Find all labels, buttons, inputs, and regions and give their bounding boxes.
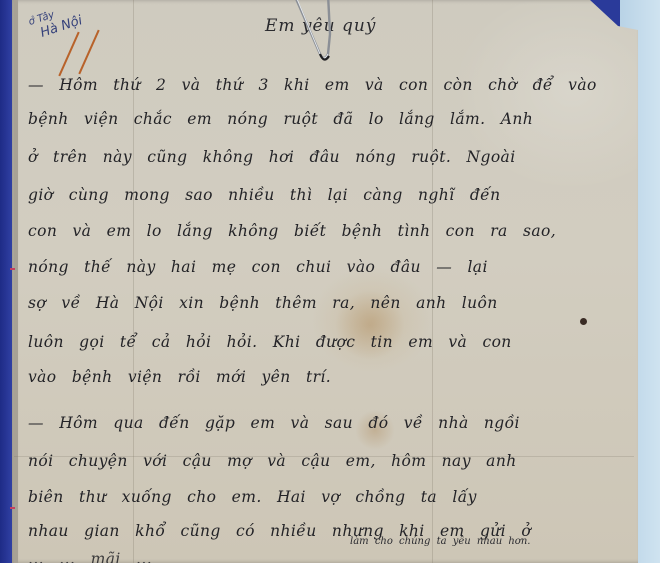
letter-line: con và em lo lắng không biết bệnh tình c…	[28, 222, 638, 240]
margin-mark	[10, 268, 15, 270]
letter-line: bệnh viện chắc em nóng ruột đã lo lắng l…	[28, 110, 638, 128]
background-left-blue	[0, 0, 14, 563]
letter-line: vào bệnh viện rồi mới yên trí.	[28, 368, 638, 386]
letter-line: giờ cùng mong sao nhiều thì lại càng ngh…	[28, 186, 638, 204]
letter-line: nóng thế này hai mẹ con chui vào đâu — l…	[28, 258, 638, 276]
letter-line-cut-off: ... ... mãi ...	[28, 550, 638, 563]
letter-line: biên thư xuống cho em. Hai vợ chồng ta l…	[28, 488, 638, 506]
letter-line: luôn gọi tể cả hỏi hỏi. Khi được tin em …	[28, 333, 638, 351]
paperclip-icon	[290, 0, 336, 66]
letter-line: nhau gian khổ cũng có nhiều nhưng khi em…	[28, 522, 638, 540]
letter-line: sợ về Hà Nội xin bệnh thêm ra, nên anh l…	[28, 294, 638, 312]
letter-line: nói chuyện với cậu mợ và cậu em, hôm nay…	[28, 452, 638, 470]
interlinear-insert: làm cho chúng ta yêu nhau hơn.	[350, 536, 530, 547]
ink-blot	[580, 318, 587, 325]
paper-left-edge	[14, 0, 18, 563]
letter-line: ở trên này cũng không hơi đâu nóng ruột.…	[28, 148, 638, 166]
letter-line: — Hôm thứ 2 và thứ 3 khi em và con còn c…	[28, 76, 638, 94]
letter-line: — Hôm qua đến gặp em và sau đó về nhà ng…	[28, 414, 638, 432]
margin-mark	[10, 507, 15, 509]
